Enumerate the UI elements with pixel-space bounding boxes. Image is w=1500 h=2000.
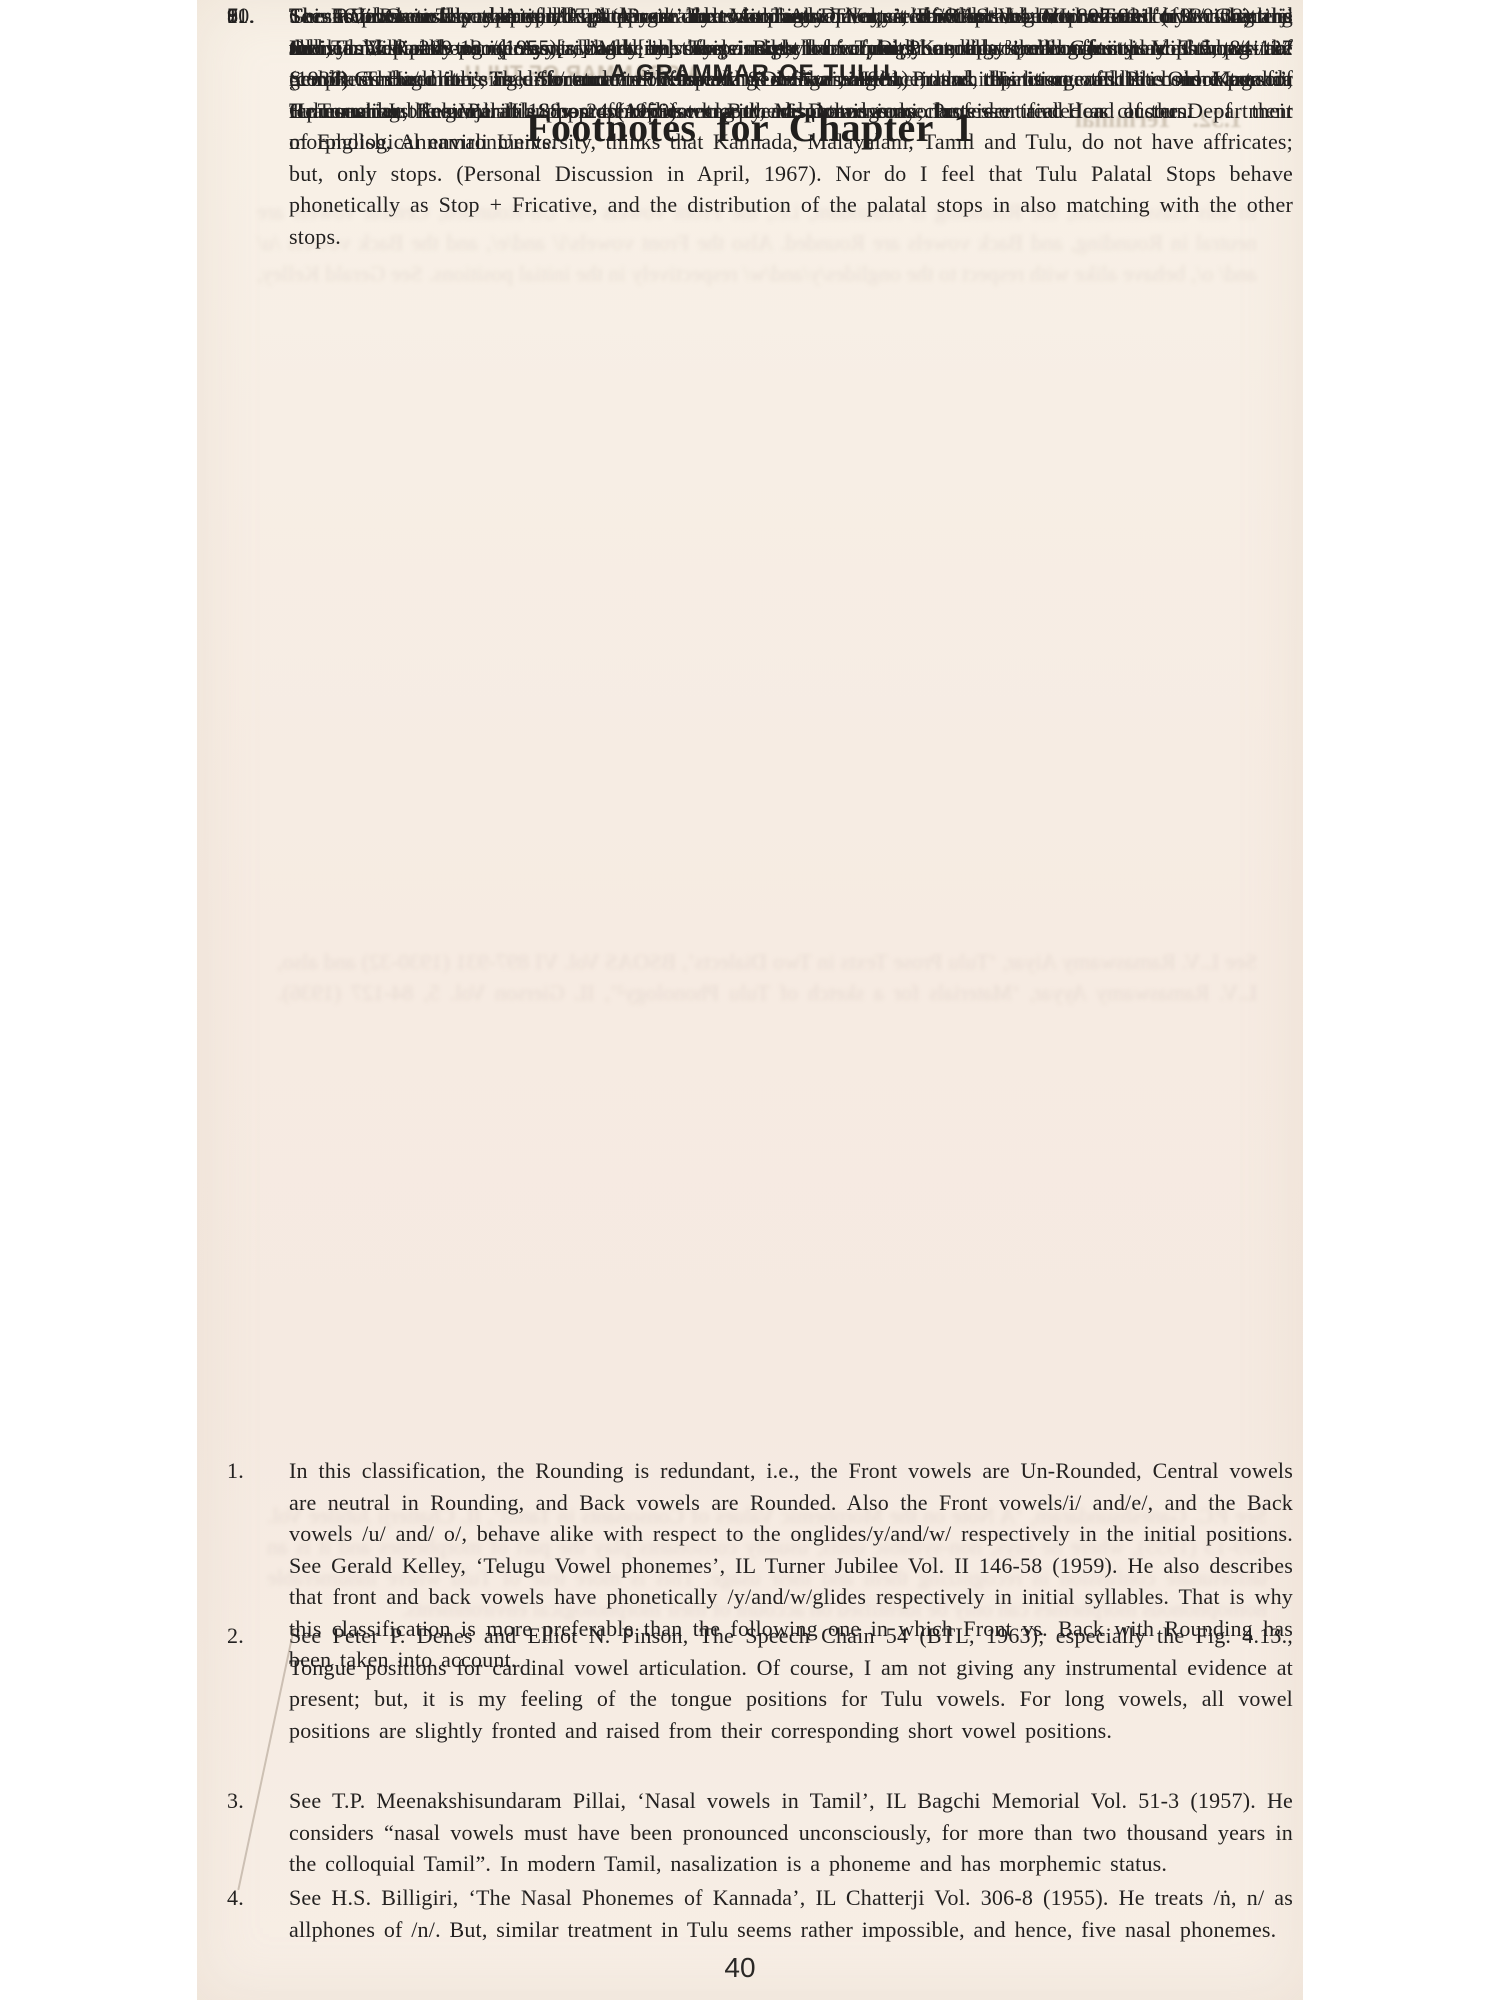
footnote-number: 2. (227, 1620, 289, 1652)
footnote-text: See H.S. Billigiri, ‘The Nasal Phonemes … (289, 1882, 1293, 1945)
footnote-number: 11. (227, 0, 289, 32)
footnote-text: This is phonetically a brief abrupt paus… (289, 0, 1293, 32)
footnote-item: 11. This is phonetically a brief abrupt … (227, 0, 1293, 32)
bleed-through-text: See L.V. Ramaswamy Aiyar, ‘Tulu Prose Te… (277, 946, 1257, 1008)
footnote-number: 4. (227, 1882, 289, 1914)
page-number: 40 (197, 1952, 1283, 1984)
footnote-text: See Peter P. Denes and Elliot N. Pinson,… (289, 1620, 1293, 1746)
footnote-item: 4. See H.S. Billigiri, ‘The Nasal Phonem… (227, 1882, 1293, 1945)
footnote-item: 2. See Peter P. Denes and Elliot N. Pins… (227, 1620, 1293, 1746)
footnote-item: 3. See T.P. Meenakshisundaram Pillai, ‘N… (227, 1785, 1293, 1880)
footnote-number: 1. (227, 1455, 289, 1487)
footnote-text: See T.P. Meenakshisundaram Pillai, ‘Nasa… (289, 1785, 1293, 1880)
scanned-page: A GRAMMAR OF TULU A GRAMMAR OF TULU 1.52… (197, 0, 1303, 2000)
